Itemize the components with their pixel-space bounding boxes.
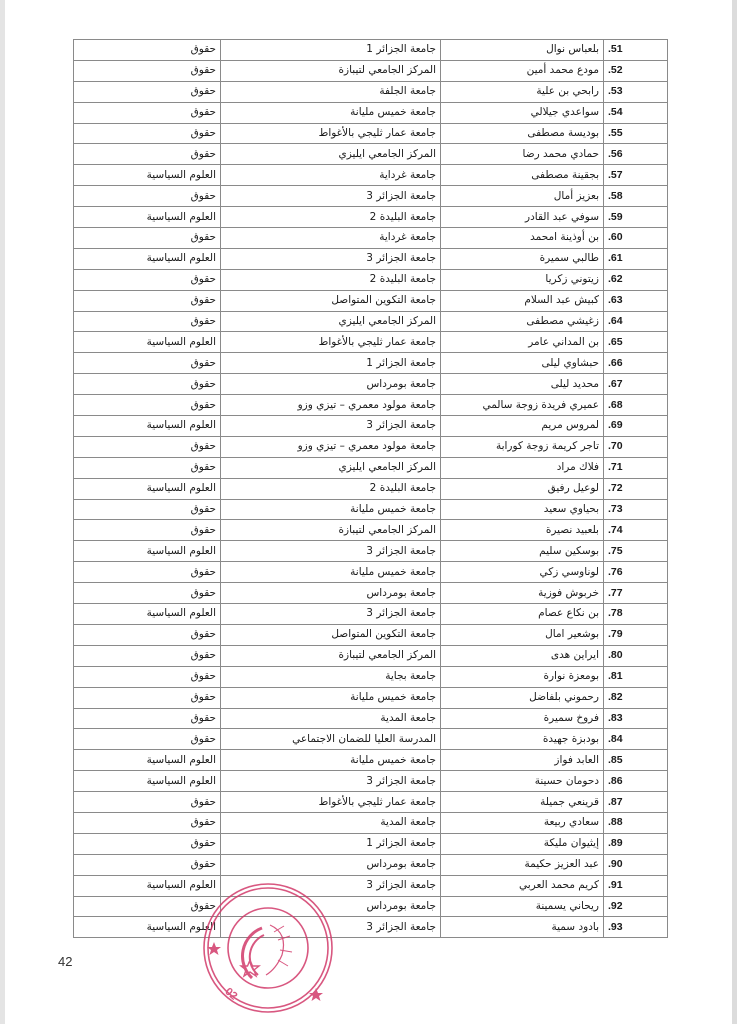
field-cell: العلوم السياسية [74, 416, 221, 437]
name-cell: بن أوذينة امحمد [441, 228, 604, 249]
table-row: حقوقالمركز الجامعي لتيبازةبلعبيد نصيرة.7… [74, 520, 668, 541]
name-cell: تاجر كريمة زوجة كورابة [441, 436, 604, 457]
field-cell: حقوق [74, 40, 221, 61]
row-number-cell: .56 [604, 144, 668, 165]
field-cell: حقوق [74, 520, 221, 541]
table-row: حقوقجامعة خميس مليانةسواعدي جيلالي.54 [74, 102, 668, 123]
field-cell: حقوق [74, 269, 221, 290]
field-cell: حقوق [74, 562, 221, 583]
row-number-cell: .67 [604, 374, 668, 395]
field-cell: حقوق [74, 812, 221, 833]
row-number-cell: .51 [604, 40, 668, 61]
table-row: حقوقالمدرسة العليا للضمان الاجتماعيبودبز… [74, 729, 668, 750]
row-number-cell: .82 [604, 687, 668, 708]
name-cell: محديد ليلى [441, 374, 604, 395]
name-cell: طالبي سميرة [441, 248, 604, 269]
table-row: حقوقالمركز الجامعي ايليزيزغيشي مصطفى.64 [74, 311, 668, 332]
field-cell: حقوق [74, 708, 221, 729]
row-number-cell: .71 [604, 457, 668, 478]
institution-cell: جامعة الجلفة [221, 81, 441, 102]
name-cell: خربوش فوزية [441, 583, 604, 604]
institution-cell: جامعة خميس مليانة [221, 102, 441, 123]
field-cell: حقوق [74, 583, 221, 604]
field-cell: حقوق [74, 81, 221, 102]
institution-cell: جامعة الجزائر 3 [221, 416, 441, 437]
name-cell: بوديسة مصطفى [441, 123, 604, 144]
scan-edge-right [732, 0, 737, 1024]
table-row: حقوقجامعة بومرداسريحاني يسمينة.92 [74, 896, 668, 917]
institution-cell: جامعة البليدة 2 [221, 207, 441, 228]
table-row: حقوقجامعة المديةسعادي ربيعة.88 [74, 812, 668, 833]
field-cell: العلوم السياسية [74, 771, 221, 792]
field-cell: حقوق [74, 854, 221, 875]
field-cell: حقوق [74, 666, 221, 687]
institution-cell: المركز الجامعي لتيبازة [221, 520, 441, 541]
name-cell: رحموني بلفاضل [441, 687, 604, 708]
table-row: حقوقالمركز الجامعي لتيبازةايراين هدى.80 [74, 645, 668, 666]
row-number-cell: .75 [604, 541, 668, 562]
field-cell: حقوق [74, 102, 221, 123]
row-number-cell: .65 [604, 332, 668, 353]
table-row: حقوقجامعة غردايةبن أوذينة امحمد.60 [74, 228, 668, 249]
row-number-cell: .78 [604, 604, 668, 625]
table-row: العلوم السياسيةجامعة البليدة 2لوعيل رفيق… [74, 478, 668, 499]
table-row: العلوم السياسيةجامعة الجزائر 3بادود سمية… [74, 917, 668, 938]
institution-cell: جامعة خميس مليانة [221, 562, 441, 583]
table-row: حقوقجامعة المديةفروخ سميرة.83 [74, 708, 668, 729]
name-cell: حبشاوي ليلى [441, 353, 604, 374]
field-cell: حقوق [74, 353, 221, 374]
institution-cell: جامعة الجزائر 3 [221, 186, 441, 207]
institution-cell: المركز الجامعي لتيبازة [221, 60, 441, 81]
row-number-cell: .86 [604, 771, 668, 792]
institution-cell: جامعة عمار ثليجي بالأغواط [221, 123, 441, 144]
row-number-cell: .80 [604, 645, 668, 666]
table-row: حقوقالمركز الجامعي لتيبازةمودع محمد أمين… [74, 60, 668, 81]
table-row: العلوم السياسيةجامعة عمار ثليجي بالأغواط… [74, 332, 668, 353]
table-row: حقوقجامعة بومرداسخربوش فوزية.77 [74, 583, 668, 604]
name-cell: بعزيز أمال [441, 186, 604, 207]
field-cell: العلوم السياسية [74, 750, 221, 771]
field-cell: حقوق [74, 729, 221, 750]
field-cell: العلوم السياسية [74, 332, 221, 353]
name-cell: بادود سمية [441, 917, 604, 938]
row-number-cell: .84 [604, 729, 668, 750]
institution-cell: جامعة التكوين المتواصل [221, 290, 441, 311]
row-number-cell: .77 [604, 583, 668, 604]
row-number-cell: .85 [604, 750, 668, 771]
name-cell: زغيشي مصطفى [441, 311, 604, 332]
field-cell: حقوق [74, 457, 221, 478]
row-number-cell: .63 [604, 290, 668, 311]
field-cell: حقوق [74, 186, 221, 207]
table-row: العلوم السياسيةجامعة الجزائر 3دحومان حسي… [74, 771, 668, 792]
row-number-cell: .87 [604, 792, 668, 813]
institution-cell: جامعة البليدة 2 [221, 478, 441, 499]
table-row: حقوقالمركز الجامعي ايليزيفلاك مراد.71 [74, 457, 668, 478]
candidates-table: حقوقجامعة الجزائر 1بلعباس نوال.51حقوقالم… [73, 39, 668, 938]
field-cell: حقوق [74, 687, 221, 708]
name-cell: بلعباس نوال [441, 40, 604, 61]
table-row: حقوقجامعة التكوين المتواصلكبيش عبد السلا… [74, 290, 668, 311]
field-cell: حقوق [74, 436, 221, 457]
field-cell: حقوق [74, 792, 221, 813]
name-cell: إيثيوان مليكة [441, 833, 604, 854]
institution-cell: المركز الجامعي لتيبازة [221, 645, 441, 666]
row-number-cell: .53 [604, 81, 668, 102]
table-row: حقوقجامعة عمار ثليجي بالأغواطقرينعي جميل… [74, 792, 668, 813]
institution-cell: جامعة التكوين المتواصل [221, 624, 441, 645]
table-row: العلوم السياسيةجامعة غردايةبجقينة مصطفى.… [74, 165, 668, 186]
name-cell: لمروس مريم [441, 416, 604, 437]
institution-cell: جامعة عمار ثليجي بالأغواط [221, 332, 441, 353]
name-cell: عبد العزيز حكيمة [441, 854, 604, 875]
table-row: حقوقجامعة البليدة 2زيتوني زكريا.62 [74, 269, 668, 290]
table-row: حقوقجامعة الجزائر 1إيثيوان مليكة.89 [74, 833, 668, 854]
name-cell: سوفي عبد القادر [441, 207, 604, 228]
table-row: العلوم السياسيةجامعة الجزائر 3بن نكاع عص… [74, 604, 668, 625]
table-row: العلوم السياسيةجامعة الجزائر 3طالبي سمير… [74, 248, 668, 269]
field-cell: حقوق [74, 896, 221, 917]
name-cell: بلعبيد نصيرة [441, 520, 604, 541]
row-number-cell: .92 [604, 896, 668, 917]
row-number-cell: .73 [604, 499, 668, 520]
official-seal-icon: 02 [200, 880, 336, 1016]
name-cell: حمادي محمد رضا [441, 144, 604, 165]
name-cell: كبيش عبد السلام [441, 290, 604, 311]
field-cell: العلوم السياسية [74, 604, 221, 625]
institution-cell: جامعة مولود معمري – تيزي وزو [221, 436, 441, 457]
row-number-cell: .60 [604, 228, 668, 249]
name-cell: فروخ سميرة [441, 708, 604, 729]
institution-cell: جامعة مولود معمري – تيزي وزو [221, 395, 441, 416]
row-number-cell: .83 [604, 708, 668, 729]
institution-cell: جامعة الجزائر 3 [221, 771, 441, 792]
field-cell: العلوم السياسية [74, 207, 221, 228]
name-cell: بوشعير امال [441, 624, 604, 645]
row-number-cell: .88 [604, 812, 668, 833]
name-cell: سعادي ربيعة [441, 812, 604, 833]
page-number: 42 [58, 954, 72, 969]
row-number-cell: .74 [604, 520, 668, 541]
field-cell: حقوق [74, 833, 221, 854]
institution-cell: جامعة الجزائر 3 [221, 248, 441, 269]
table-row: العلوم السياسيةجامعة خميس مليانةالعابد ف… [74, 750, 668, 771]
field-cell: العلوم السياسية [74, 875, 221, 896]
field-cell: حقوق [74, 624, 221, 645]
field-cell: حقوق [74, 144, 221, 165]
table-row: حقوقجامعة عمار ثليجي بالأغواطبوديسة مصطف… [74, 123, 668, 144]
row-number-cell: .64 [604, 311, 668, 332]
table-row: حقوقجامعة الجزائر 1حبشاوي ليلى.66 [74, 353, 668, 374]
table-row: العلوم السياسيةجامعة الجزائر 3كريم محمد … [74, 875, 668, 896]
institution-cell: جامعة البليدة 2 [221, 269, 441, 290]
table-row: حقوقجامعة الجزائر 3بعزيز أمال.58 [74, 186, 668, 207]
field-cell: حقوق [74, 228, 221, 249]
row-number-cell: .89 [604, 833, 668, 854]
field-cell: حقوق [74, 60, 221, 81]
table-row: حقوقجامعة الجزائر 1بلعباس نوال.51 [74, 40, 668, 61]
row-number-cell: .61 [604, 248, 668, 269]
name-cell: فلاك مراد [441, 457, 604, 478]
name-cell: لوناوسي زكي [441, 562, 604, 583]
name-cell: دحومان حسينة [441, 771, 604, 792]
row-number-cell: .52 [604, 60, 668, 81]
row-number-cell: .72 [604, 478, 668, 499]
field-cell: حقوق [74, 499, 221, 520]
table-row: حقوقجامعة خميس مليانةرحموني بلفاضل.82 [74, 687, 668, 708]
row-number-cell: .69 [604, 416, 668, 437]
table-row: حقوقجامعة بجايةبومعزة نوارة.81 [74, 666, 668, 687]
row-number-cell: .59 [604, 207, 668, 228]
row-number-cell: .57 [604, 165, 668, 186]
name-cell: بودبزة جهيدة [441, 729, 604, 750]
institution-cell: جامعة الجزائر 1 [221, 833, 441, 854]
table-row: حقوقجامعة خميس مليانةلوناوسي زكي.76 [74, 562, 668, 583]
name-cell: ايراين هدى [441, 645, 604, 666]
field-cell: العلوم السياسية [74, 917, 221, 938]
row-number-cell: .58 [604, 186, 668, 207]
name-cell: كريم محمد العربي [441, 875, 604, 896]
name-cell: زيتوني زكريا [441, 269, 604, 290]
institution-cell: جامعة خميس مليانة [221, 750, 441, 771]
institution-cell: جامعة خميس مليانة [221, 499, 441, 520]
table-row: حقوقجامعة خميس مليانةبحياوي سعيد.73 [74, 499, 668, 520]
table-row: حقوقجامعة بومرداسمحديد ليلى.67 [74, 374, 668, 395]
name-cell: بجقينة مصطفى [441, 165, 604, 186]
table-body: حقوقجامعة الجزائر 1بلعباس نوال.51حقوقالم… [74, 40, 668, 938]
field-cell: حقوق [74, 123, 221, 144]
name-cell: ريحاني يسمينة [441, 896, 604, 917]
row-number-cell: .54 [604, 102, 668, 123]
row-number-cell: .70 [604, 436, 668, 457]
row-number-cell: .79 [604, 624, 668, 645]
institution-cell: جامعة الجزائر 3 [221, 604, 441, 625]
row-number-cell: .62 [604, 269, 668, 290]
row-number-cell: .90 [604, 854, 668, 875]
name-cell: عميري فريدة زوجة سالمي [441, 395, 604, 416]
name-cell: بومعزة نوارة [441, 666, 604, 687]
institution-cell: جامعة بومرداس [221, 374, 441, 395]
table-row: حقوقجامعة التكوين المتواصلبوشعير امال.79 [74, 624, 668, 645]
institution-cell: جامعة بومرداس [221, 854, 441, 875]
institution-cell: جامعة بجاية [221, 666, 441, 687]
name-cell: بحياوي سعيد [441, 499, 604, 520]
field-cell: حقوق [74, 311, 221, 332]
field-cell: حقوق [74, 290, 221, 311]
row-number-cell: .81 [604, 666, 668, 687]
table-row: العلوم السياسيةجامعة الجزائر 3بوسكين سلي… [74, 541, 668, 562]
row-number-cell: .66 [604, 353, 668, 374]
table-row: العلوم السياسيةجامعة البليدة 2سوفي عبد ا… [74, 207, 668, 228]
table-row: حقوقجامعة بومرداسعبد العزيز حكيمة.90 [74, 854, 668, 875]
table-row: العلوم السياسيةجامعة الجزائر 3لمروس مريم… [74, 416, 668, 437]
institution-cell: جامعة الجزائر 3 [221, 541, 441, 562]
name-cell: بن نكاع عصام [441, 604, 604, 625]
name-cell: العابد فواز [441, 750, 604, 771]
institution-cell: المركز الجامعي ايليزي [221, 457, 441, 478]
name-cell: بن المداني عامر [441, 332, 604, 353]
institution-cell: جامعة المدية [221, 708, 441, 729]
name-cell: قرينعي جميلة [441, 792, 604, 813]
institution-cell: المركز الجامعي ايليزي [221, 311, 441, 332]
table-row: حقوقجامعة مولود معمري – تيزي وزوعميري فر… [74, 395, 668, 416]
scan-edge-left [0, 0, 5, 1024]
row-number-cell: .68 [604, 395, 668, 416]
row-number-cell: .55 [604, 123, 668, 144]
row-number-cell: .91 [604, 875, 668, 896]
institution-cell: جامعة غرداية [221, 165, 441, 186]
field-cell: حقوق [74, 645, 221, 666]
table-row: حقوقجامعة مولود معمري – تيزي وزوتاجر كري… [74, 436, 668, 457]
name-cell: لوعيل رفيق [441, 478, 604, 499]
institution-cell: جامعة المدية [221, 812, 441, 833]
field-cell: العلوم السياسية [74, 478, 221, 499]
institution-cell: جامعة بومرداس [221, 583, 441, 604]
name-cell: سواعدي جيلالي [441, 102, 604, 123]
field-cell: حقوق [74, 374, 221, 395]
name-cell: بوسكين سليم [441, 541, 604, 562]
table-row: حقوقالمركز الجامعي ايليزيحمادي محمد رضا.… [74, 144, 668, 165]
institution-cell: جامعة عمار ثليجي بالأغواط [221, 792, 441, 813]
field-cell: حقوق [74, 395, 221, 416]
name-cell: مودع محمد أمين [441, 60, 604, 81]
table-row: حقوقجامعة الجلفةرابحي بن علية.53 [74, 81, 668, 102]
field-cell: العلوم السياسية [74, 541, 221, 562]
institution-cell: جامعة الجزائر 1 [221, 353, 441, 374]
institution-cell: المدرسة العليا للضمان الاجتماعي [221, 729, 441, 750]
row-number-cell: .93 [604, 917, 668, 938]
field-cell: العلوم السياسية [74, 165, 221, 186]
row-number-cell: .76 [604, 562, 668, 583]
field-cell: العلوم السياسية [74, 248, 221, 269]
institution-cell: جامعة خميس مليانة [221, 687, 441, 708]
institution-cell: جامعة غرداية [221, 228, 441, 249]
institution-cell: المركز الجامعي ايليزي [221, 144, 441, 165]
name-cell: رابحي بن علية [441, 81, 604, 102]
institution-cell: جامعة الجزائر 1 [221, 40, 441, 61]
